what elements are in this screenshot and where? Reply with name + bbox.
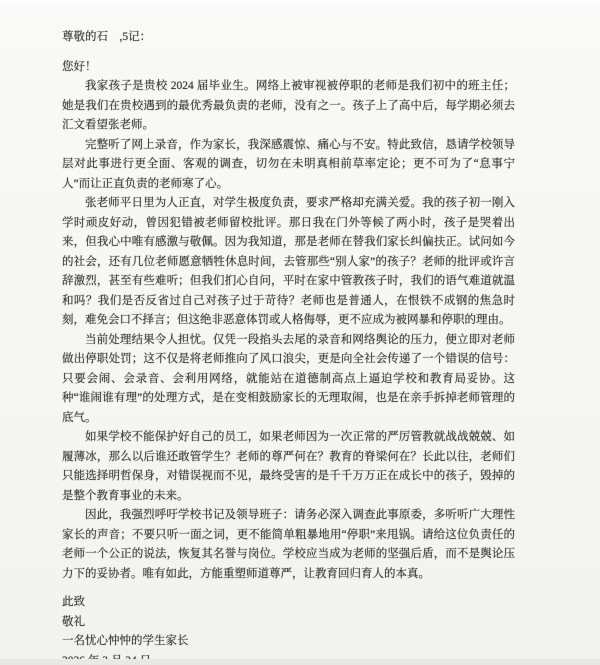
signature-line: 一名忧心忡忡的学生家长 <box>62 632 515 652</box>
letter-paragraph: 完整听了网上录音，作为家长，我深感震惊、痛心与不安。特此致信，恳请学校领导层对此… <box>62 136 515 195</box>
letter-document: 尊敬的石 ,5记： 您好！ 我家孩子是贵校 2024 届毕业生。网络上被审视被停… <box>62 28 515 665</box>
letter-paragraph: 如果学校不能保护好自己的员工，如果老师因为一次正常的严厉管教就战战兢兢、如履薄冰… <box>62 428 515 506</box>
closing-cizhi-line: 此致 <box>62 593 515 613</box>
salutation-line: 尊敬的石 ,5记： <box>62 28 515 48</box>
letter-paragraph: 我家孩子是贵校 2024 届毕业生。网络上被审视被停职的老师是我们初中的班主任；… <box>62 77 515 136</box>
letter-photo: 尊敬的石 ,5记： 您好！ 我家孩子是贵校 2024 届毕业生。网络上被审视被停… <box>0 0 600 665</box>
top-strip <box>0 0 600 5</box>
letter-paragraph: 当前处理结果令人担忧。仅凭一段掐头去尾的录音和网络舆论的压力，便立即对老师做出停… <box>62 331 515 429</box>
letter-body: 我家孩子是贵校 2024 届毕业生。网络上被审视被停职的老师是我们初中的班主任；… <box>62 77 515 584</box>
letter-paragraph: 张老师平日里为人正直，对学生极度负责，要求严格却充满关爱。我的孩子初一刚入学时顽… <box>62 194 515 331</box>
letter-paragraph: 因此，我强烈呼吁学校书记及领导班子：请务必深入调查此事原委，多听听广大理性家长的… <box>62 506 515 584</box>
closing-jingli-line: 敬礼 <box>62 613 515 633</box>
greeting-line: 您好！ <box>62 58 515 78</box>
bottom-strip <box>0 659 600 665</box>
